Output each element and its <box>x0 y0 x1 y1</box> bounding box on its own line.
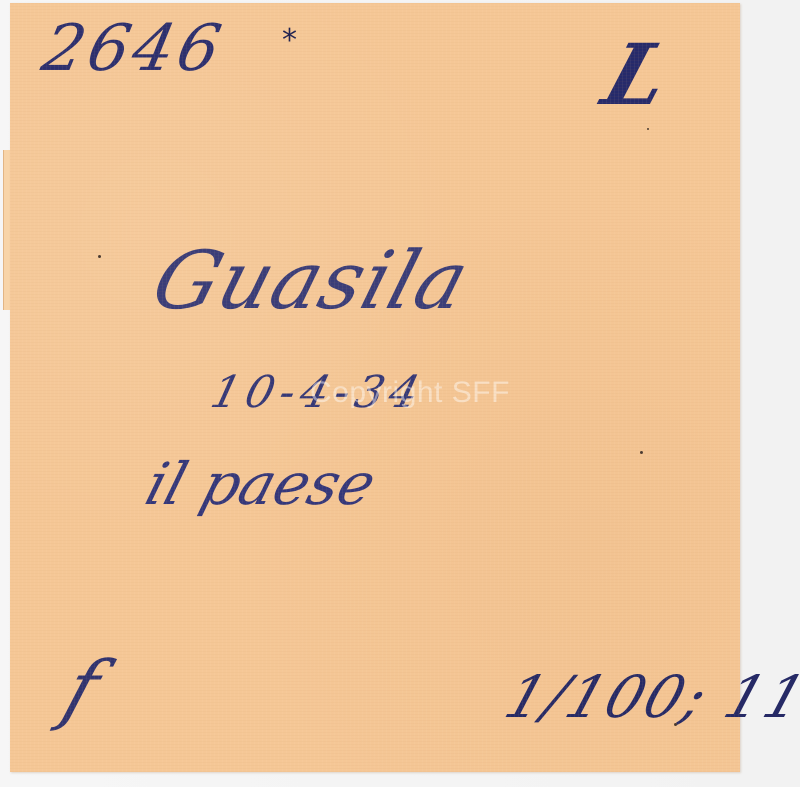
scanned-document: 2646 * L Guasila 10-4-34 Copyright SFF i… <box>0 0 800 787</box>
bottom-left-mark: f <box>56 651 109 727</box>
archive-number: 2646 <box>37 17 229 81</box>
bottom-right-reference: 1/100; 11 <box>499 668 800 726</box>
subject-caption: il paese <box>140 455 382 513</box>
paper-speck <box>98 255 101 258</box>
copyright-watermark: Copyright SFF <box>310 376 510 410</box>
star-icon: * <box>282 23 297 58</box>
corner-mark: L <box>594 33 680 117</box>
paper-speck <box>640 451 643 454</box>
archival-card: 2646 * L Guasila 10-4-34 Copyright SFF i… <box>10 3 740 772</box>
place-name: Guasila <box>145 241 478 321</box>
paper-speck <box>674 723 677 726</box>
paper-speck <box>647 128 649 130</box>
